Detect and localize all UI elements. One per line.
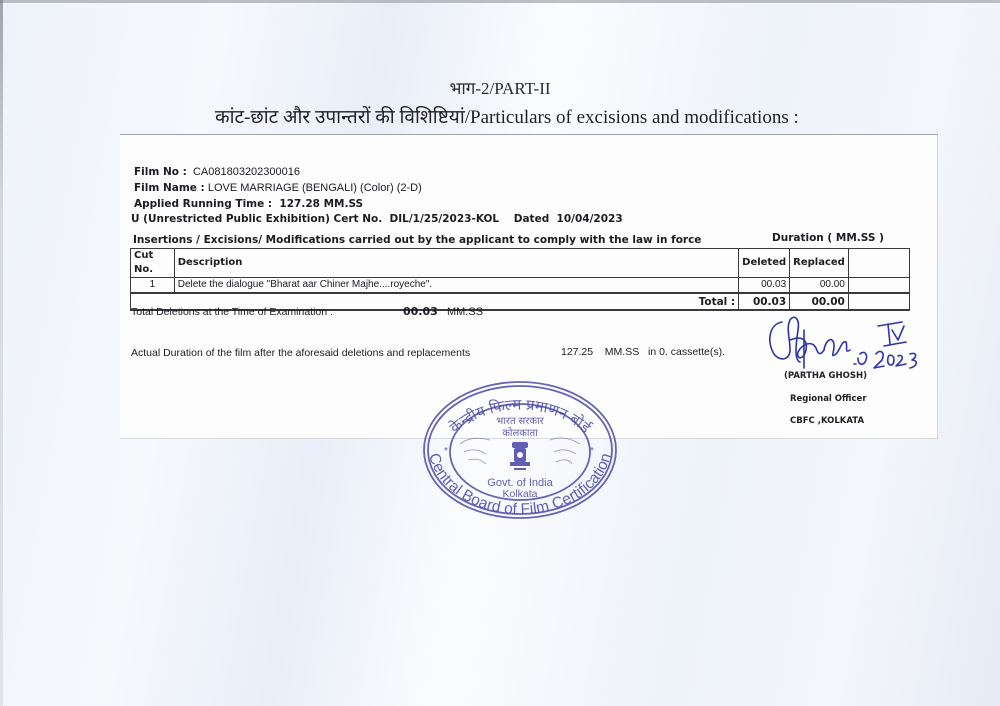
actual-duration-unit: MM.SS — [605, 346, 639, 358]
star-icon: * — [590, 446, 594, 457]
cert-row: U (Unrestricted Public Exhibition) Cert … — [131, 213, 623, 225]
table-row: 1 Delete the dialogue "Bharat aar Chiner… — [131, 278, 910, 294]
particulars-heading: कांट-छांट और उपान्तरों की विशिष्टियां/Pa… — [215, 103, 875, 129]
running-time-value: 127.28 MM.SS — [279, 198, 363, 210]
description-cell: Delete the dialogue "Bharat aar Chiner M… — [174, 278, 738, 294]
running-time-row: Applied Running Time : 127.28 MM.SS — [134, 198, 363, 210]
column-header-cut-no: Cut No. — [131, 249, 175, 278]
running-time-label: Applied Running Time : — [134, 198, 272, 210]
modifications-intro: Insertions / Excisions/ Modifications ca… — [133, 234, 701, 246]
cert-no: DIL/1/25/2023-KOL — [390, 213, 500, 225]
actual-duration-value: 127.25 — [561, 346, 593, 358]
total-replaced: 00.00 — [790, 293, 849, 310]
star-icon: * — [444, 446, 448, 457]
film-no-label: Film No : — [134, 166, 187, 178]
film-no-row: Film No : CA081803202300016 — [134, 166, 300, 178]
scan-edge — [0, 0, 3, 706]
seal-inner-hindi-2: कोलकाता — [502, 427, 538, 439]
total-deletions-unit: MM.SS — [447, 306, 483, 318]
column-header-replaced: Replaced — [790, 249, 849, 278]
signatory-designation: Regional Officer — [790, 394, 867, 404]
column-header-blank — [848, 249, 909, 278]
national-emblem-icon — [510, 442, 530, 470]
dated-label: Dated — [514, 213, 549, 225]
cassettes-text: in 0. cassette(s). — [648, 346, 725, 358]
seal-inner-line-2: Kolkata — [502, 488, 537, 500]
total-deletions-label: Total Deletions at the Time of Examinati… — [131, 306, 333, 318]
cut-no-cell: 1 — [131, 278, 175, 294]
film-name-value: LOVE MARRIAGE (BENGALI) (Color) (2-D) — [208, 182, 422, 194]
blank-cell — [848, 293, 909, 310]
film-no-value: CA081803202300016 — [193, 166, 300, 178]
signatory-name: (PARTHA GHOSH) — [784, 371, 867, 381]
replaced-cell: 00.00 — [790, 278, 849, 294]
film-name-row: Film Name : LOVE MARRIAGE (BENGALI) (Col… — [134, 182, 422, 194]
part-heading: भाग-2/PART-II — [0, 76, 1000, 99]
signature-image — [760, 310, 940, 380]
actual-duration-value-group: 127.25 MM.SS in 0. cassette(s). — [561, 346, 725, 358]
cbfc-seal-stamp: केन्द्रीय फिल्म प्रमाणन बोर्ड Central Bo… — [420, 378, 620, 523]
signatory-office: CBFC ,KOLKATA — [790, 416, 864, 426]
total-deletions-row: Total Deletions at the Time of Examinati… — [131, 306, 333, 318]
total-deletions-value-group: 00.03 MM.SS — [403, 305, 483, 318]
column-header-description: Description — [174, 249, 738, 278]
dated-value: 10/04/2023 — [557, 213, 623, 225]
table-header-row: Cut No. Description Deleted Replaced — [131, 249, 910, 278]
column-header-deleted: Deleted — [739, 249, 790, 278]
actual-duration-label: Actual Duration of the film after the af… — [131, 347, 470, 359]
scan-edge — [0, 0, 1000, 3]
duration-heading: Duration ( MM.SS ) — [772, 232, 884, 244]
excisions-table: Cut No. Description Deleted Replaced 1 D… — [130, 248, 910, 311]
blank-cell — [848, 278, 909, 294]
cert-label: U (Unrestricted Public Exhibition) Cert … — [131, 213, 382, 225]
total-deleted: 00.03 — [739, 293, 790, 310]
total-deletions-value: 00.03 — [403, 305, 438, 318]
signature-block: (PARTHA GHOSH) Regional Officer CBFC ,KO… — [760, 310, 940, 430]
film-name-label: Film Name : — [134, 182, 205, 194]
deleted-cell: 00.03 — [739, 278, 790, 294]
seal-inner-hindi-1: भारत सरकार — [496, 416, 544, 427]
actual-duration-row: Actual Duration of the film after the af… — [131, 347, 470, 359]
